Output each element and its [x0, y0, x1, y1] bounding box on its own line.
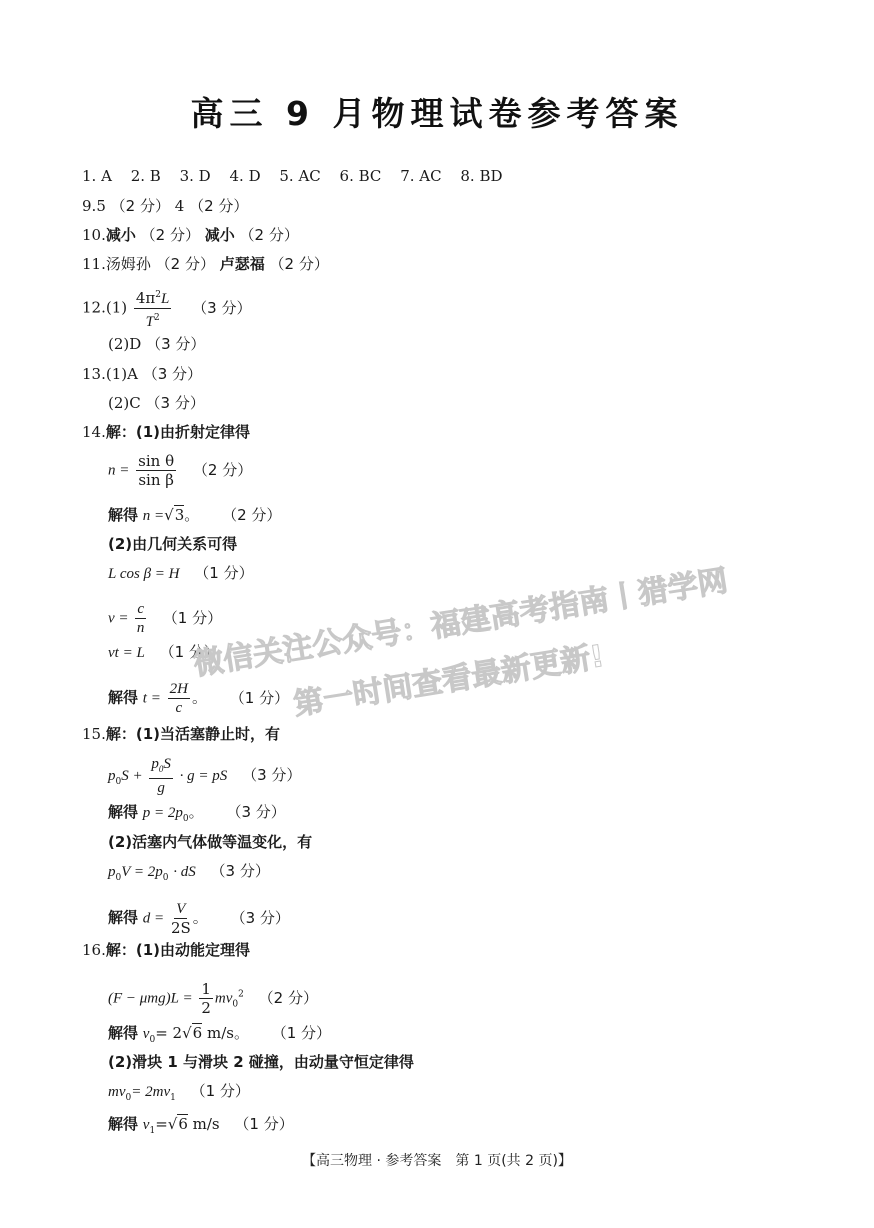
fraction: V2S: [171, 900, 191, 937]
answer: 减小: [205, 226, 235, 244]
result-label: 解得: [108, 1024, 138, 1042]
punctuation: 。: [193, 909, 208, 927]
equation: mv0= 2mv1 （1 分）: [108, 1081, 250, 1108]
superscript: 2: [154, 313, 160, 323]
equation: n = sin θsin β （2 分）: [108, 452, 252, 489]
numerator: p: [151, 756, 159, 772]
score: （2 分）: [141, 226, 200, 244]
subscript: 0: [163, 873, 169, 883]
score: （1 分）: [163, 609, 222, 627]
radicand: 3: [174, 505, 185, 524]
equation: (F − μmg)L = 12mv02 （2 分）: [108, 980, 318, 1017]
score: （3 分）: [192, 299, 251, 317]
denominator: 2: [201, 999, 211, 1017]
part-heading: (2)由几何关系可得: [108, 534, 237, 554]
score: （2 分）: [270, 255, 329, 273]
question-number: 9.: [82, 197, 96, 215]
numerator: c: [135, 600, 146, 619]
rhs: mv: [215, 991, 233, 1007]
denominator: n: [137, 619, 145, 637]
score: （2 分）: [156, 255, 215, 273]
part-heading-text: (2)滑块 1 与滑块 2 碰撞，由动量守恒定律得: [108, 1053, 414, 1071]
answer-5: 5. AC: [279, 167, 320, 185]
var: p: [108, 864, 116, 880]
numerator: sin θ: [136, 452, 176, 471]
score: （2 分）: [189, 197, 248, 215]
radicand: 6: [192, 1023, 203, 1042]
superscript: 2: [238, 990, 244, 1000]
question-number: 14.: [82, 423, 106, 441]
answer-4: 4. D: [229, 167, 260, 185]
score: （3 分）: [146, 335, 205, 353]
lhs: n =: [108, 463, 129, 479]
answer: C: [129, 394, 140, 412]
lhs: (F − μmg)L =: [108, 991, 193, 1007]
denominator: 2S: [171, 919, 191, 937]
question-number: 16.: [82, 941, 106, 959]
part-tag: (1): [106, 365, 127, 383]
formula: L cos β = H: [108, 566, 180, 582]
fraction: p0Sg: [149, 755, 173, 797]
fraction: 12: [199, 980, 213, 1017]
fraction: 2Hc: [168, 680, 190, 717]
formula: vt = L: [108, 645, 145, 661]
part-heading: (1)当活塞静止时，有: [136, 725, 280, 743]
answer: D: [129, 335, 141, 353]
numerator: 1: [199, 980, 213, 999]
answer-8: 8. BD: [460, 167, 502, 185]
lhs: p = 2p: [143, 805, 183, 821]
score: （2 分）: [111, 197, 170, 215]
numerator: 4π: [136, 289, 155, 307]
score: （2 分）: [240, 226, 299, 244]
result-label: 解得: [108, 1115, 138, 1133]
score: （3 分）: [211, 862, 270, 880]
subscript: 0: [232, 1000, 238, 1010]
term: · dS: [173, 864, 196, 880]
lhs: d =: [143, 911, 164, 927]
unit: m/s: [188, 1115, 220, 1133]
result: 解得 v0= 2√6 m/s。 （1 分）: [108, 1023, 331, 1050]
score: （1 分）: [194, 564, 253, 582]
answer: 4: [175, 197, 185, 215]
score: （2 分）: [259, 989, 318, 1007]
question-number: 13.: [82, 365, 106, 383]
score: （3 分）: [242, 766, 301, 784]
score: （1 分）: [191, 1082, 250, 1100]
page-footer: 【高三物理 · 参考答案 第 1 页(共 2 页)】: [0, 1150, 874, 1170]
question-12-part-2: (2)D （3 分）: [108, 334, 205, 354]
result-label: 解得: [108, 803, 138, 821]
answer: 减小: [106, 226, 136, 244]
part-heading: (1)由动能定理得: [136, 941, 250, 959]
variable: L: [161, 291, 169, 307]
question-13-part-1: 13.(1)A （3 分）: [82, 364, 202, 384]
equation: p0S + p0Sg · g = pS （3 分）: [108, 755, 301, 797]
term: V = 2p: [121, 864, 163, 880]
question-number: 15.: [82, 725, 106, 743]
question-15-header: 15.解：(1)当活塞静止时，有: [82, 724, 280, 744]
lhs: t =: [143, 691, 161, 707]
part-tag: (2): [108, 335, 129, 353]
equation: L cos β = H （1 分）: [108, 563, 254, 584]
question-9: 9.5 （2 分） 4 （2 分）: [82, 196, 248, 216]
part-tag: (1): [106, 299, 127, 317]
part-heading: (1)由折射定律得: [136, 423, 250, 441]
subscript: 1: [170, 1093, 176, 1103]
score: （1 分）: [230, 689, 289, 707]
score: （1 分）: [234, 1115, 293, 1133]
choice-answers-row: 1. A 2. B 3. D 4. D 5. AC 6. BC 7. AC 8.…: [82, 166, 503, 186]
score: （3 分）: [226, 803, 285, 821]
question-10: 10.减小 （2 分） 减小 （2 分）: [82, 225, 299, 245]
question-number: 11.: [82, 255, 106, 273]
result: 解得 p = 2p0。 （3 分）: [108, 802, 286, 829]
score: （3 分）: [146, 394, 205, 412]
denominator: c: [175, 699, 182, 717]
answer-2: 2. B: [131, 167, 161, 185]
punctuation: 。: [189, 803, 204, 821]
punctuation: 。: [192, 689, 207, 707]
question-13-part-2: (2)C （3 分）: [108, 393, 205, 413]
answer-6: 6. BC: [340, 167, 382, 185]
numerator-tail: S: [163, 756, 171, 772]
question-number: 12.: [82, 299, 106, 317]
numerator: V: [174, 900, 187, 919]
equation: v = cn （1 分）: [108, 600, 222, 637]
lhs: n =: [143, 508, 164, 524]
numerator: 2H: [168, 680, 190, 699]
fraction: 4π2L T2: [134, 286, 171, 331]
result: 解得 d = V2S。 （3 分）: [108, 900, 290, 937]
part-heading-text: (2)活塞内气体做等温变化，有: [108, 833, 312, 851]
answer: 卢瑟福: [220, 255, 265, 273]
question-14-header: 14.解：(1)由折射定律得: [82, 422, 250, 442]
question-number: 10.: [82, 226, 106, 244]
denominator: sin β: [138, 471, 174, 489]
score: （1 分）: [272, 1024, 331, 1042]
solution-label: 解：: [106, 423, 136, 441]
score: （2 分）: [222, 506, 281, 524]
denominator: g: [157, 779, 165, 797]
lhs: v =: [108, 611, 129, 627]
term: · g = pS: [180, 768, 228, 784]
answer: 5: [96, 197, 106, 215]
score: （3 分）: [231, 909, 290, 927]
result-label: 解得: [108, 689, 138, 707]
var: mv: [108, 1084, 126, 1100]
page-title: 高三 9 月物理试卷参考答案: [0, 88, 874, 135]
operator: =: [155, 1115, 168, 1133]
answer: A: [127, 365, 138, 383]
score: （2 分）: [193, 461, 252, 479]
answer-3: 3. D: [180, 167, 211, 185]
fraction: cn: [135, 600, 146, 637]
radicand: 6: [177, 1114, 188, 1133]
var: p: [108, 768, 116, 784]
part-heading: (2)滑块 1 与滑块 2 碰撞，由动量守恒定律得: [108, 1052, 414, 1072]
question-16-header: 16.解：(1)由动能定理得: [82, 940, 250, 960]
answer-7: 7. AC: [400, 167, 441, 185]
solution-label: 解：: [106, 941, 136, 959]
answer: 汤姆孙: [106, 255, 151, 273]
term: = 2mv: [131, 1084, 170, 1100]
score: （3 分）: [143, 365, 202, 383]
denominator: T: [146, 314, 154, 330]
answer-1: 1. A: [82, 167, 112, 185]
punctuation: 。: [184, 506, 199, 524]
result: 解得 v1=√6 m/s （1 分）: [108, 1114, 294, 1141]
result-label: 解得: [108, 909, 138, 927]
operator: = 2: [155, 1024, 182, 1042]
term: S +: [121, 768, 142, 784]
result-label: 解得: [108, 506, 138, 524]
result: 解得 t = 2Hc。 （1 分）: [108, 680, 289, 717]
result: 解得 n =√3。 （2 分）: [108, 505, 281, 526]
question-11: 11.汤姆孙 （2 分） 卢瑟福 （2 分）: [82, 254, 329, 274]
unit: m/s。: [202, 1024, 249, 1042]
solution-label: 解：: [106, 725, 136, 743]
equation: p0V = 2p0 · dS （3 分）: [108, 861, 270, 888]
part-heading-text: (2)由几何关系可得: [108, 535, 237, 553]
part-tag: (2): [108, 394, 129, 412]
fraction: sin θsin β: [136, 452, 176, 489]
question-12-part-1: 12.(1) 4π2L T2 （3 分）: [82, 286, 251, 331]
part-heading: (2)活塞内气体做等温变化，有: [108, 832, 312, 852]
